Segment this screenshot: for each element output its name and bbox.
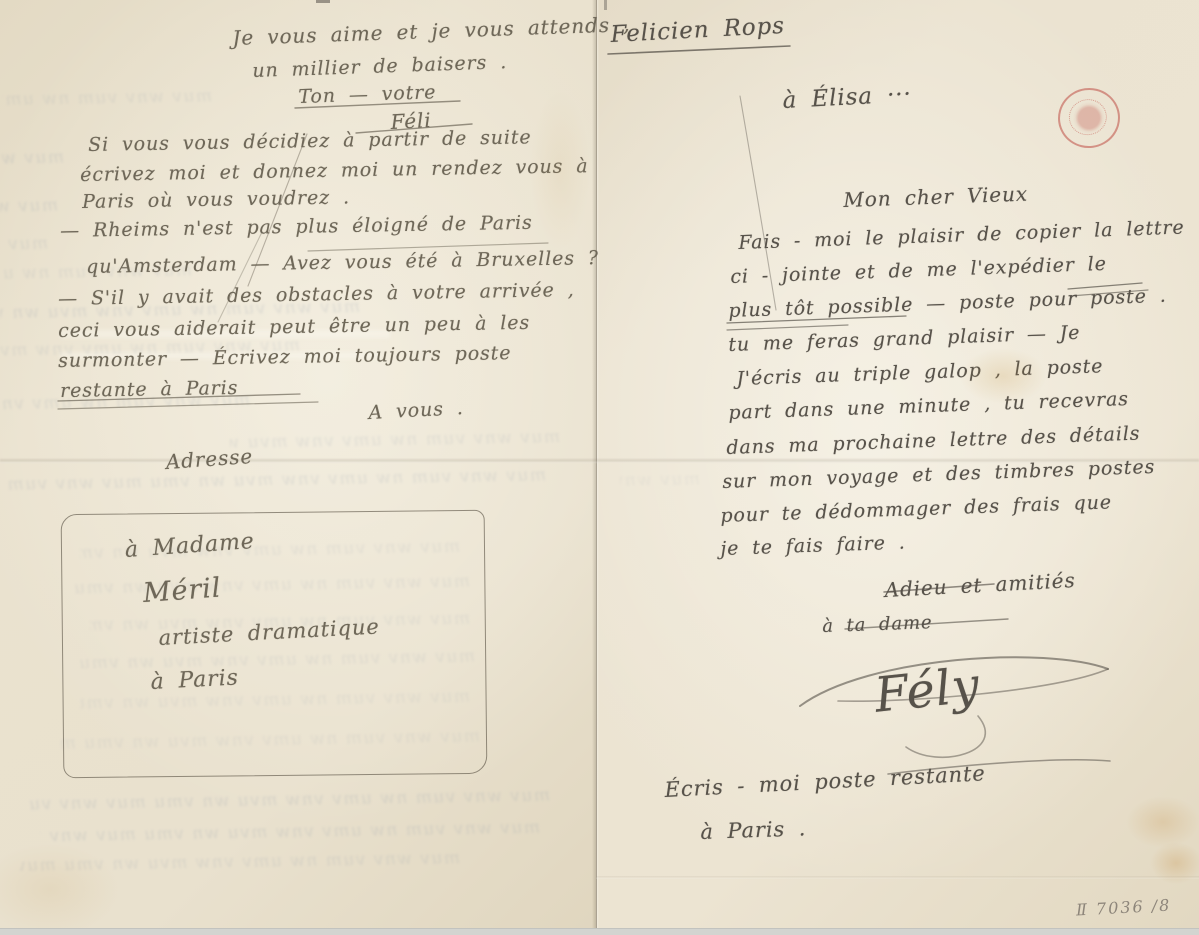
handwritten-line: à Paris . bbox=[700, 816, 807, 844]
vertical-fold-line bbox=[596, 0, 597, 935]
handwritten-line: Fély bbox=[872, 657, 982, 724]
paper-edge-mark bbox=[316, 0, 330, 3]
scanner-edge-strip bbox=[0, 928, 1199, 935]
handwritten-line: à Paris bbox=[150, 665, 239, 695]
letter-scan: muv wnv vum nw umv vnw mvu wn vmu muv wn… bbox=[0, 0, 1199, 935]
handwritten-line: restante à Paris bbox=[60, 377, 238, 402]
paper-edge-mark bbox=[604, 0, 607, 10]
horizontal-fold-crease bbox=[596, 876, 1199, 879]
handwritten-line: Méril bbox=[142, 573, 222, 609]
handwritten-line: Paris où vous voudrez . bbox=[82, 186, 350, 213]
handwritten-line: à ta dame bbox=[822, 612, 933, 637]
